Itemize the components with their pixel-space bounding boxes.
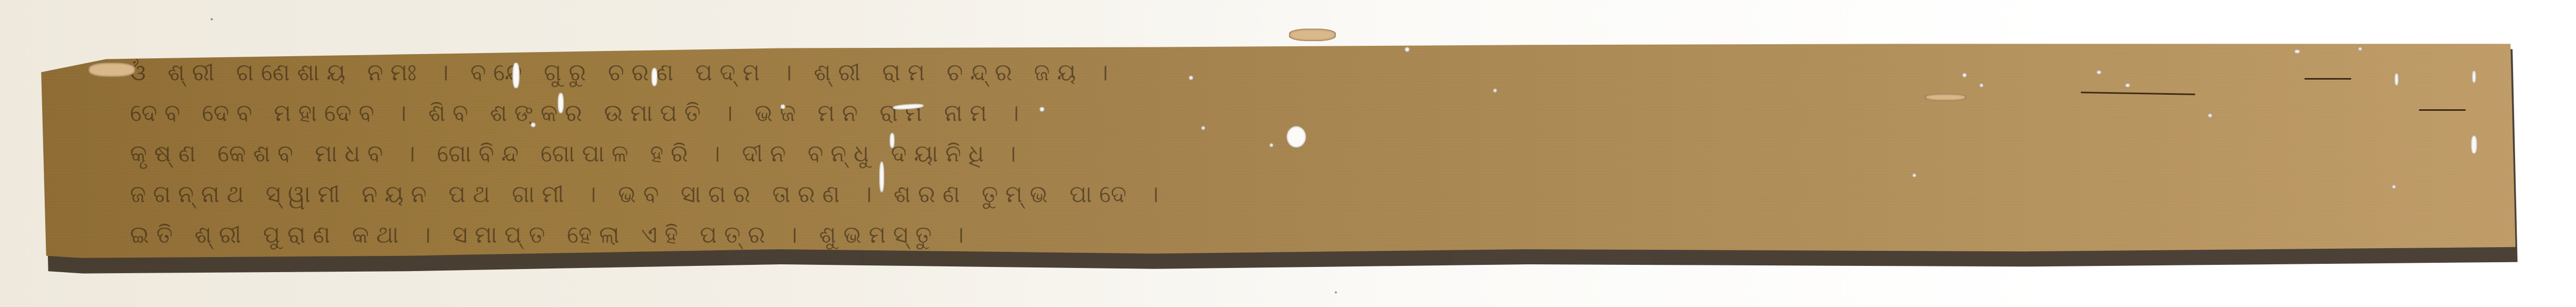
binding-hole	[1286, 126, 1306, 148]
worm-hole	[558, 93, 564, 113]
worm-hole	[879, 161, 884, 193]
paper-speck	[211, 18, 213, 20]
worm-hole	[512, 62, 520, 88]
worm-hole	[1189, 75, 1193, 80]
worm-hole	[1039, 107, 1045, 112]
worm-damage-channel	[88, 62, 135, 77]
worm-hole	[1201, 126, 1205, 130]
worm-hole	[2125, 83, 2130, 87]
manuscript-line-3: କୃଷ୍ଣ କେଶବ ମାଧବ । ଗୋବିନ୍ଦ ଗୋପାଳ ହରି । ଦୀ…	[130, 138, 2445, 169]
worm-hole	[1962, 73, 1967, 78]
worm-damage-channel	[1925, 94, 1966, 101]
leaf-crack	[2304, 78, 2351, 80]
manuscript-line-5: ଇତି ଶ୍ରୀ ପୁରାଣ କଥା । ସମାପ୍ତ ହେଲା ଏହି ପତ୍…	[130, 220, 2445, 250]
worm-hole	[1405, 47, 1410, 52]
paper-speck	[1335, 291, 1337, 293]
worm-hole	[531, 122, 536, 127]
worm-hole	[1912, 173, 1916, 177]
worm-hole	[2471, 135, 2477, 154]
manuscript-line-2: ଦେବ ଦେବ ମହାଦେବ । ଶିବ ଶଙ୍କର ଉମାପତି । ଭଜ ମ…	[130, 98, 2445, 128]
worm-damage-channel	[1289, 29, 1336, 41]
worm-hole	[1493, 88, 1497, 93]
line-text: ଜଗନ୍ନାଥ ସ୍ୱାମୀ ନୟନ ପଥ ଗାମୀ । ଭବ ସାଗର ତାର…	[130, 180, 1166, 208]
worm-hole	[1269, 143, 1273, 147]
worm-hole	[2472, 70, 2476, 83]
manuscript-line-4: ଜଗନ୍ନାଥ ସ୍ୱାମୀ ନୟନ ପଥ ଗାମୀ । ଭବ ସାଗର ତାର…	[130, 179, 2445, 209]
worm-hole	[2358, 47, 2362, 51]
line-text: ଇତି ଶ୍ରୀ ପୁରାଣ କଥା । ସମାପ୍ତ ହେଲା ଏହି ପତ୍…	[130, 221, 971, 249]
manuscript-text-block: ଓଁ ଶ୍ରୀ ଗଣେଶାୟ ନମଃ । ବନ୍ଦେ ଗୁରୁ ଚରଣ ପଦ୍ମ…	[130, 57, 2445, 250]
worm-hole	[890, 133, 895, 148]
worm-hole	[2208, 113, 2212, 118]
worm-hole	[2294, 49, 2300, 54]
worm-hole	[2096, 70, 2102, 74]
line-text: ଦେବ ଦେବ ମହାଦେବ । ଶିବ ଶଙ୍କର ଉମାପତି । ଭଜ ମ…	[130, 99, 1026, 127]
line-text: ଓଁ ଶ୍ରୀ ଗଣେଶାୟ ନମଃ । ବନ୍ଦେ ଗୁରୁ ଚରଣ ପଦ୍ମ…	[130, 58, 1115, 86]
worm-hole	[651, 68, 658, 86]
worm-hole	[780, 104, 785, 109]
worm-hole	[2392, 185, 2396, 189]
worm-hole	[2394, 73, 2399, 86]
worm-hole	[1979, 83, 1983, 87]
leaf-crack	[2419, 109, 2466, 111]
